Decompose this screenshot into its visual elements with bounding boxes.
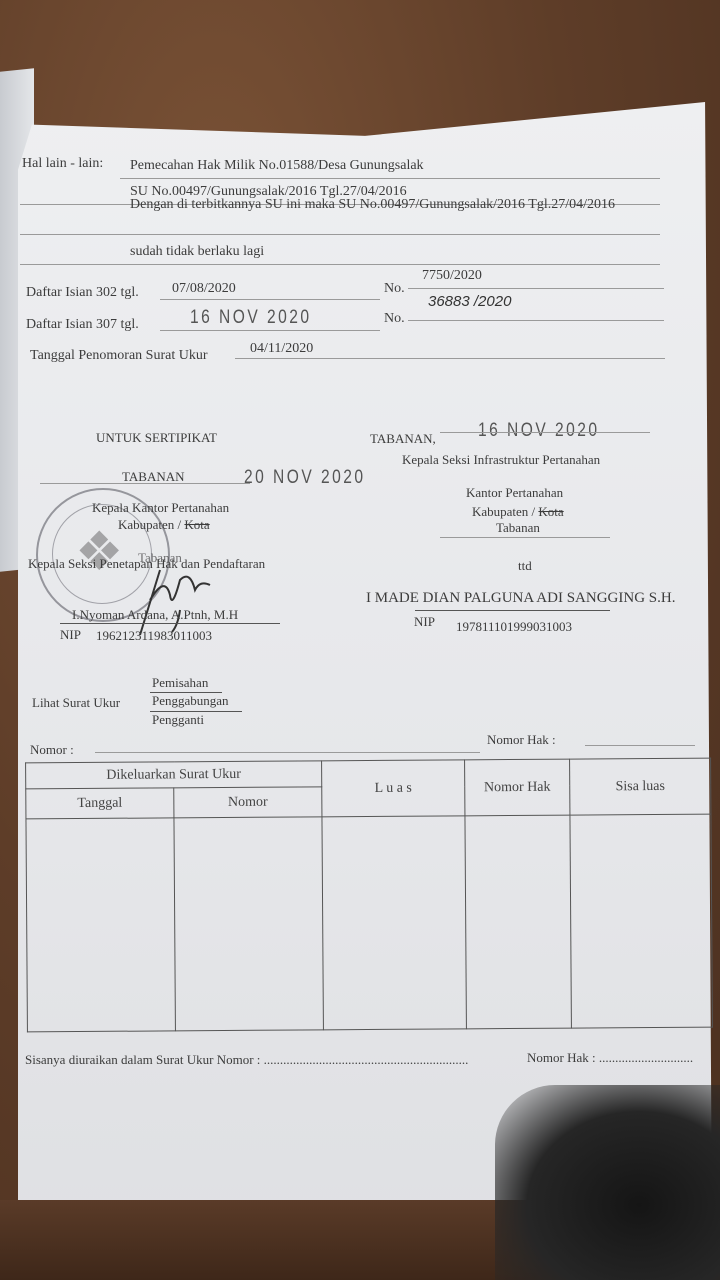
daftar-isian-302-no-label: No. <box>384 281 405 297</box>
hal-lain-line-3: Dengan di terbitkannya SU ini maka SU No… <box>130 197 615 213</box>
hal-lain-line-1: Pemecahan Hak Milik No.01588/Desa Gunung… <box>130 158 424 174</box>
header-nomor: Nomor <box>174 787 322 818</box>
untuk-sertipikat-title: UNTUK SERTIPIKAT <box>96 430 217 446</box>
right-position: Kepala Seksi Infrastruktur Pertanahan <box>402 452 600 468</box>
header-sisa-luas: Sisa luas <box>570 758 711 815</box>
table-row-empty <box>26 814 712 1032</box>
right-nip-label: NIP <box>414 614 435 630</box>
right-date-stamp: 16 NOV 2020 <box>478 420 599 442</box>
left-office-line-2: Kabupaten / Kota <box>118 517 210 533</box>
option-penggabungan: Penggabungan <box>152 693 229 709</box>
nomor-label: Nomor : <box>30 742 74 758</box>
right-office-line-1: Kantor Pertanahan <box>466 485 563 501</box>
left-date-stamp: 20 NOV 2020 <box>244 467 365 489</box>
header-tanggal: Tanggal <box>26 788 174 819</box>
camera-shadow <box>495 1085 720 1280</box>
option-pengganti: Pengganti <box>152 712 204 728</box>
right-place: TABANAN, <box>370 431 436 447</box>
daftar-isian-302-label: Daftar Isian 302 tgl. <box>26 285 139 301</box>
header-nomor-hak: Nomor Hak <box>465 759 570 816</box>
left-nip: 196212311983011003 <box>96 628 212 644</box>
left-signer-name: I.Nyoman Ardana, A.Ptnh, M.H <box>72 607 238 623</box>
option-pemisahan: Pemisahan <box>152 675 208 691</box>
daftar-isian-302-no: 7750/2020 <box>422 268 482 284</box>
hal-lain-label: Hal lain - lain: <box>22 156 103 172</box>
header-dikeluarkan-surat-ukur: Dikeluarkan Surat Ukur <box>26 761 322 789</box>
nomor-hak-label: Nomor Hak : <box>487 732 556 748</box>
tanggal-penomoran-label: Tanggal Penomoran Surat Ukur <box>30 348 207 364</box>
daftar-isian-307-no-handwritten: 36883 /2020 <box>428 293 511 310</box>
tanggal-penomoran-date: 04/11/2020 <box>250 341 313 357</box>
daftar-isian-302-date: 07/08/2020 <box>172 281 236 297</box>
daftar-isian-307-no-label: No. <box>384 311 405 327</box>
daftar-isian-307-label: Daftar Isian 307 tgl. <box>26 317 139 333</box>
footer-nomor-hak: Nomor Hak : ............................… <box>527 1050 693 1066</box>
header-luas: L u a s <box>322 760 465 817</box>
hal-lain-line-4: sudah tidak berlaku lagi <box>130 244 264 260</box>
handwritten-signature <box>120 540 230 640</box>
right-signer-name: I MADE DIAN PALGUNA ADI SANGGING S.H. <box>366 590 675 607</box>
daftar-isian-307-date-stamp: 16 NOV 2020 <box>190 307 311 329</box>
garuda-emblem-icon: ❖ <box>75 520 123 583</box>
right-office-line-3: Tabanan <box>496 520 540 536</box>
left-office-line-1: Kepala Kantor Pertanahan <box>92 500 229 516</box>
left-nip-label: NIP <box>60 627 81 643</box>
surat-ukur-table: Dikeluarkan Surat Ukur L u a s Nomor Hak… <box>25 758 713 1033</box>
sisanya-label: Sisanya diuraikan dalam Surat Ukur Nomor… <box>25 1052 468 1068</box>
right-office-line-2: Kabupaten / Kota <box>472 504 564 520</box>
lihat-surat-ukur-label: Lihat Surat Ukur <box>32 695 120 711</box>
right-ttd: ttd <box>518 558 532 574</box>
right-nip: 197811101999031003 <box>456 619 572 635</box>
